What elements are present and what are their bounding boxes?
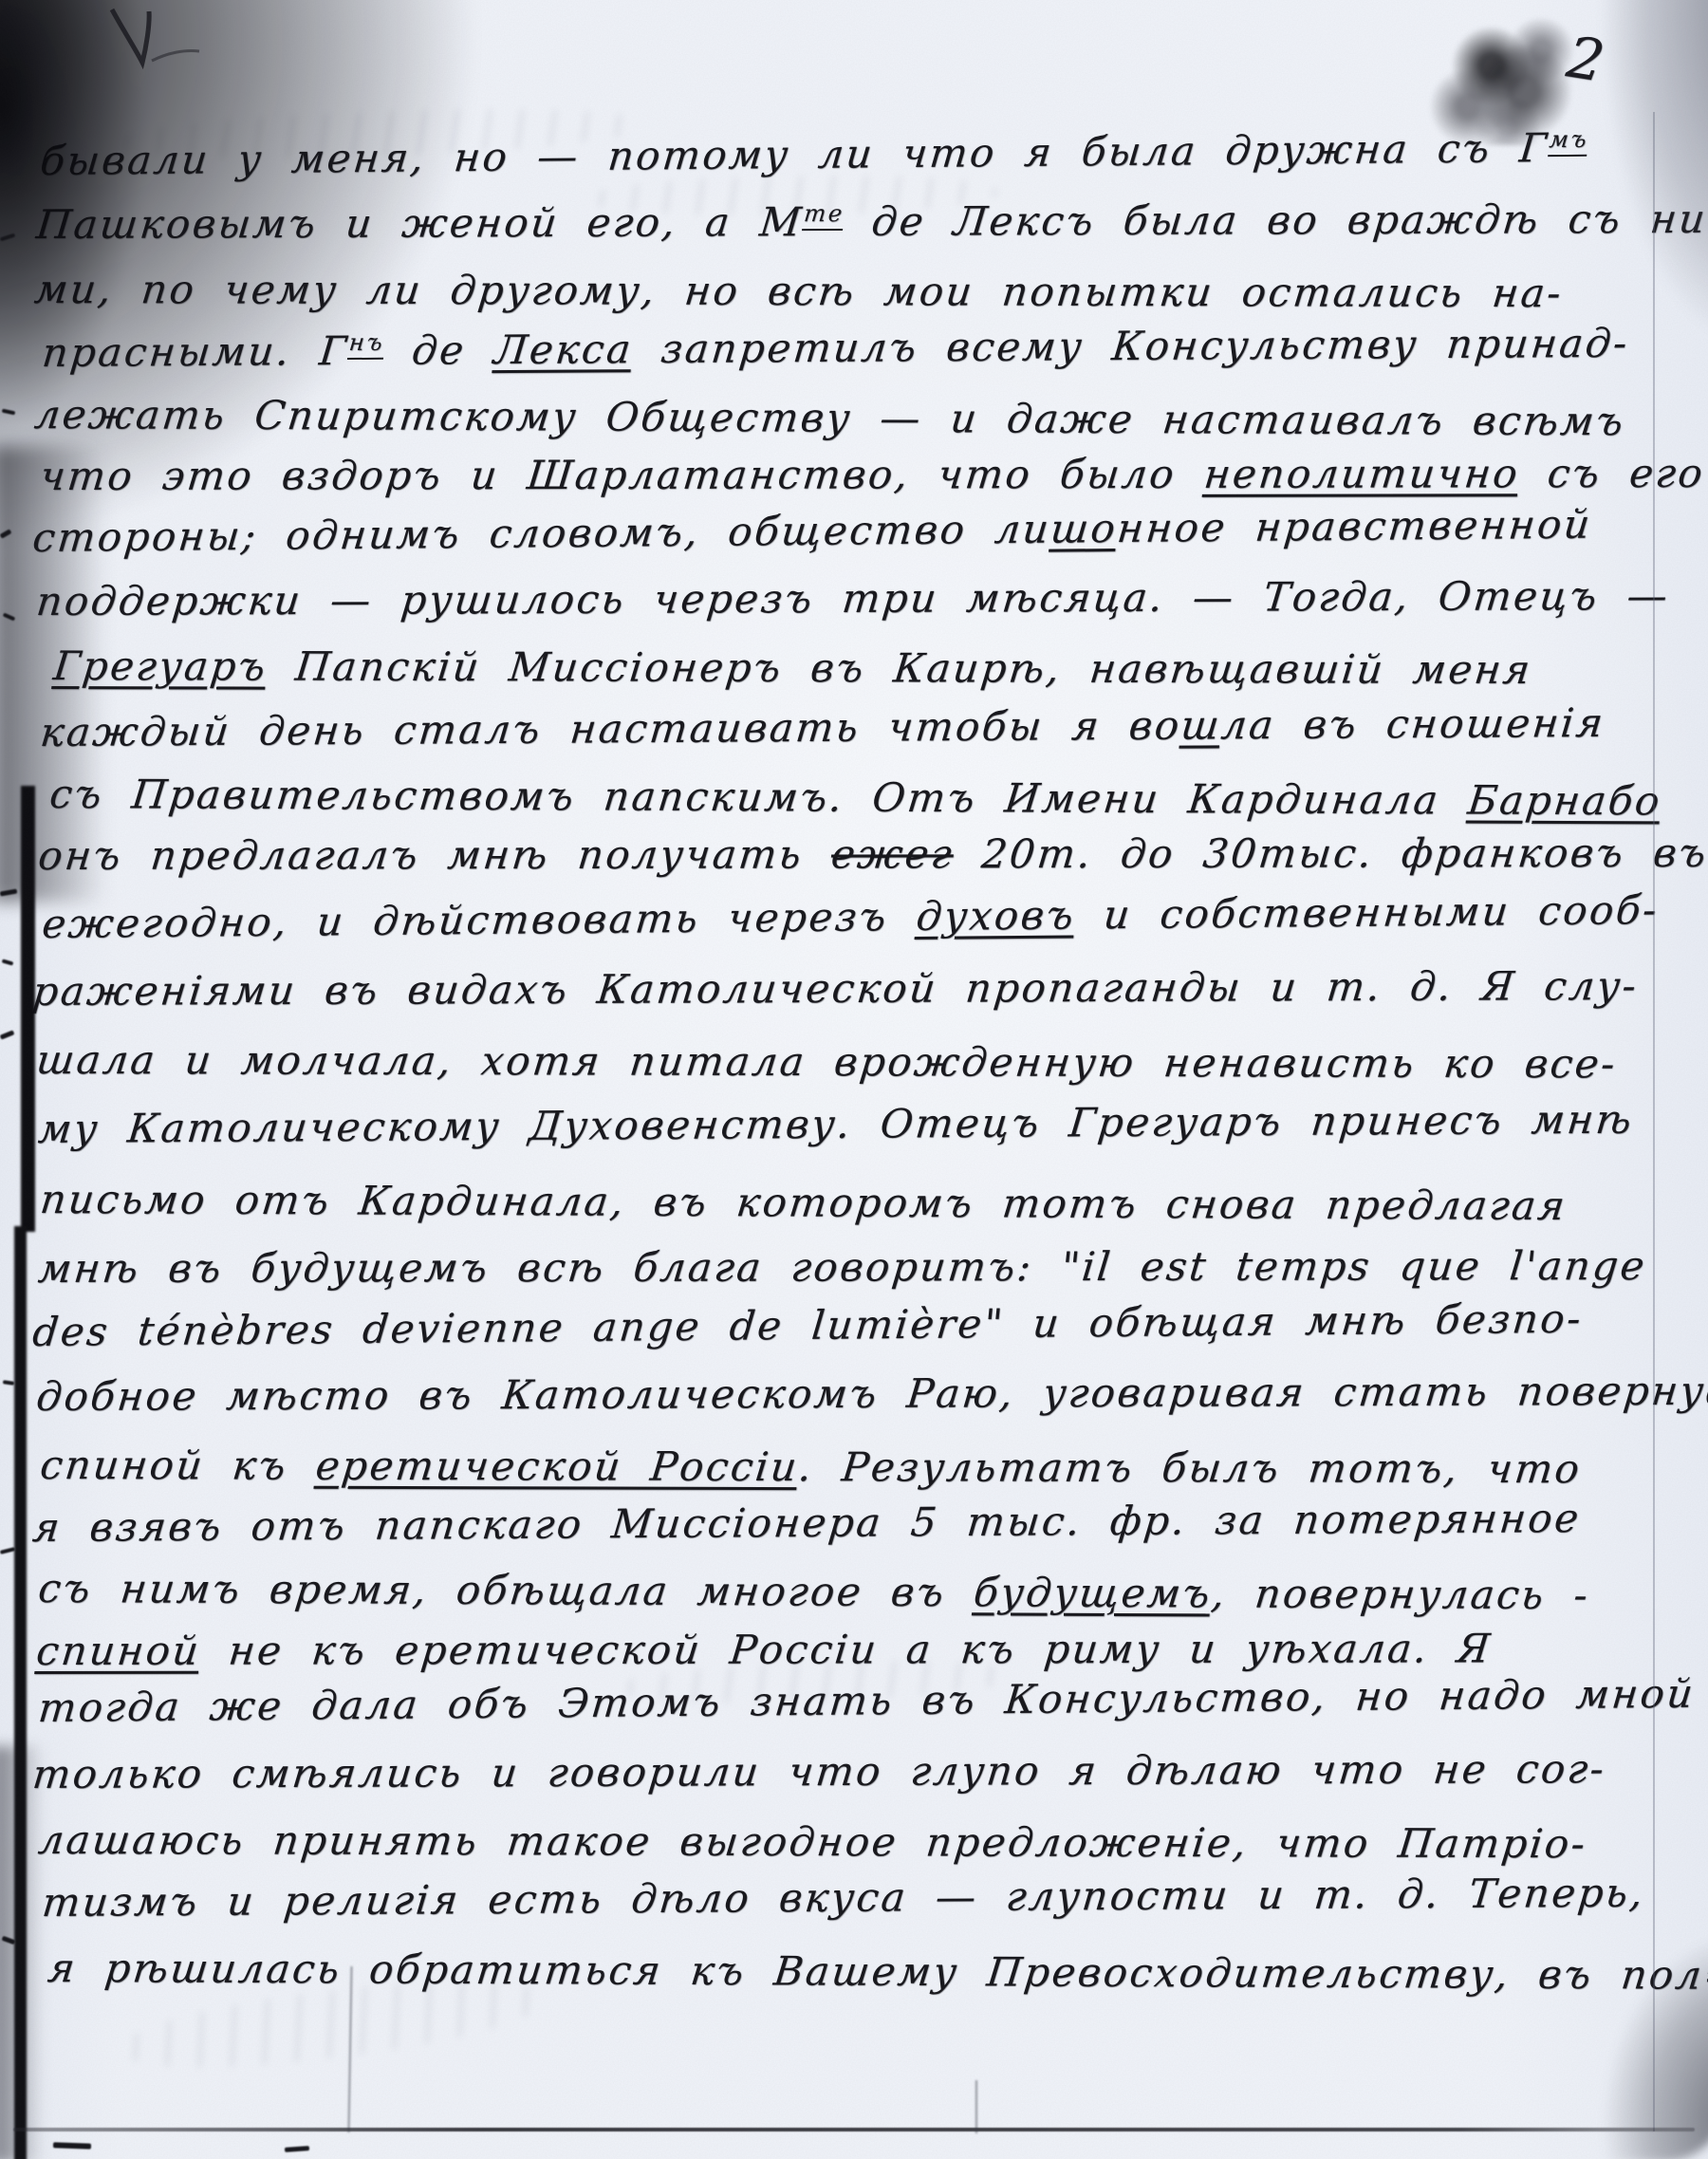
struck-out-text: ежег: [829, 830, 956, 877]
scan-shadow-bottom-right: [1587, 1908, 1708, 2159]
text-run: и собственными сооб-: [1073, 886, 1661, 938]
scan-artifact: [53, 2142, 91, 2149]
text-run: онъ предлагалъ мнѣ получать: [36, 831, 834, 879]
text-run: раженіями въ видахъ Католической пропага…: [30, 962, 1641, 1014]
underlined-text: будущемъ: [972, 1569, 1215, 1616]
manuscript-line: ежегодно, и дѣйствовать черезъ духовъ и …: [39, 890, 1661, 956]
scan-artifact: [3, 1380, 14, 1386]
text-run: ежегодно, и дѣйствовать черезъ: [40, 893, 919, 947]
text-run: des ténèbres devienne ange de lumière" и…: [30, 1295, 1585, 1355]
ink-stain: [1421, 17, 1587, 145]
text-run: нное нравственной: [1115, 501, 1594, 551]
text-run: я взявъ отъ папскаго Миссіонера 5 тыс. ф…: [30, 1495, 1583, 1551]
text-run: не къ еретической Россіи а къ риму и уѣх…: [198, 1625, 1494, 1673]
manuscript-line: раженіями въ видахъ Католической пропага…: [29, 966, 1640, 1023]
pen-mark-icon: [93, 2, 226, 92]
manuscript-line: Грегуаръ Папскій Миссіонеръ въ Каирѣ, на…: [50, 646, 1534, 701]
underlined-text: духовъ: [915, 892, 1078, 940]
scan-shadow-bottom-left: [0, 1746, 57, 2159]
text-run: добное мѣсто въ Католическомъ Раю, угова…: [34, 1367, 1708, 1420]
text-run: му Католическому Духовенству. Отецъ Грег…: [36, 1096, 1636, 1152]
underlined-text: Лекса: [492, 326, 635, 373]
text-run: 20т. до 30тыс. франковъ въ: [951, 829, 1708, 877]
manuscript-line: тогда же дала объ Этомъ знать въ Консуль…: [35, 1674, 1697, 1740]
text-run: шала и молчала, хотя питала врожденную н…: [34, 1036, 1620, 1087]
manuscript-line: каждый день сталъ настаивать чтобы я вош…: [37, 703, 1606, 764]
manuscript-line: онъ предлагалъ мнѣ получать ежег 20т. до…: [35, 833, 1708, 887]
scan-artifact: [0, 1030, 14, 1039]
text-run: я рѣшилась обратиться къ Вашему Превосхо…: [46, 1945, 1708, 1999]
text-run: , повернулась -: [1209, 1570, 1592, 1618]
underlined-text: Барнабо: [1466, 777, 1664, 825]
text-run: лашаюсь принять такое выгодное предложен…: [36, 1816, 1589, 1867]
text-run: ла въ сношенія: [1219, 699, 1607, 748]
manuscript-line: des ténèbres devienne ange de lumière" и…: [29, 1299, 1585, 1364]
scan-shadow-top-right: [1570, 0, 1708, 489]
text-run: съ Правительствомъ папскимъ. Отъ Имени К…: [47, 771, 1471, 824]
text-run: съ нимъ время, обѣщала многое въ: [36, 1565, 976, 1615]
page-fold-edge: [14, 1226, 27, 2159]
paper-crease: [975, 2080, 977, 2133]
text-run: Папскій Миссіонеръ въ Каирѣ, навѣщавшій …: [265, 643, 1534, 693]
scan-artifact: [0, 1547, 15, 1554]
manuscript-line: только смѣялись и говорили что глупо я д…: [29, 1749, 1607, 1806]
manuscript-line: мнѣ въ будущемъ всѣ блага говоритъ: "il …: [35, 1246, 1648, 1300]
underlined-text: еретической Россіи: [313, 1442, 801, 1490]
manuscript-line: съ нимъ время, обѣщала многое въ будущем…: [35, 1569, 1592, 1627]
manuscript-line: лашаюсь принять такое выгодное предложен…: [35, 1820, 1589, 1875]
scanned-manuscript-page: бывали у меня, но — потому ли что я была…: [0, 0, 1708, 2159]
manuscript-line: я рѣшилась обратиться къ Вашему Превосхо…: [45, 1948, 1708, 2007]
manuscript-line: добное мѣсто въ Католическомъ Раю, угова…: [33, 1370, 1708, 1428]
text-run: мнѣ въ будущемъ всѣ блага говоритъ: "il …: [36, 1242, 1648, 1292]
text-run: тизмъ и религія есть дѣло вкуса — глупос…: [40, 1870, 1647, 1926]
manuscript-line: му Католическому Духовенству. Отецъ Грег…: [35, 1100, 1635, 1161]
underlined-text: ш: [1179, 701, 1223, 748]
manuscript-line: шала и молчала, хотя питала врожденную н…: [33, 1040, 1619, 1095]
manuscript-line: письмо отъ Кардинала, въ которомъ тотъ с…: [37, 1180, 1569, 1238]
manuscript-line: тизмъ и религія есть дѣло вкуса — глупос…: [39, 1873, 1646, 1934]
page-edge-line-bottom: [13, 2128, 1695, 2131]
manuscript-line: съ Правительствомъ папскимъ. Отъ Имени К…: [46, 774, 1663, 832]
text-run: каждый день сталъ настаивать чтобы я во: [38, 702, 1183, 755]
text-run: только смѣялись и говорили что глупо я д…: [30, 1745, 1608, 1797]
underlined-text: спиной: [34, 1628, 203, 1674]
text-run: запретилъ всему Консульству принад-: [630, 320, 1631, 372]
underlined-text: шо: [1049, 505, 1120, 552]
manuscript-line: я взявъ отъ папскаго Миссіонера 5 тыс. ф…: [29, 1498, 1582, 1559]
text-run: . Результатъ былъ тотъ, что: [796, 1443, 1584, 1492]
text-run: письмо отъ Кардинала, въ которомъ тотъ с…: [38, 1176, 1569, 1229]
manuscript-line: спиной къ еретической Россіи. Результатъ…: [37, 1445, 1584, 1500]
page-fold-edge: [21, 786, 35, 1232]
underlined-text: неполитично: [1202, 450, 1522, 497]
text-run: спиной къ: [38, 1442, 319, 1489]
page-edge-line-right: [1653, 112, 1655, 2131]
superscript-text: me: [802, 199, 845, 231]
scan-artifact: [285, 2146, 309, 2152]
scan-artifact: [2, 959, 14, 965]
